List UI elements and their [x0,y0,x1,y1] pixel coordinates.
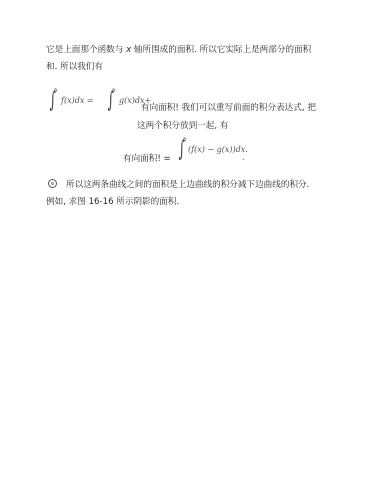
integral-sign: ∫ b a [176,139,187,161]
text: 轴所围成的面积. 所以它实际上是两部分的面积 [131,45,311,55]
target-icon [48,179,57,188]
text: 它是上面那个函数与 [46,45,126,55]
paragraph-1-line-2: 和. 所以我们有 [46,61,103,73]
integral-sign-lhs: ∫ b a [47,90,58,112]
paragraph-2-line-1: 这两个积分放到一起, 有 [137,120,228,132]
equation-2-integrand: (f(x) − g(x))dx. [188,145,248,154]
paragraph-3-line-2: 例如, 求图 16-16 所示阴影的面积. [46,196,179,208]
lhs-integrand: f(x)dx = [61,96,94,105]
equation-2-trailing-dot: . [242,153,245,162]
equation-1-trailing-text: 有向面积! 我们可以重写前面的积分表达式, 把 [141,102,316,114]
paragraph-3-line-1: 所以这两条曲线之间的面积是上边曲线的积分减下边曲线的积分. [66,179,309,191]
paragraph-1-line-1: 它是上面那个函数与 x 轴所围成的面积. 所以它实际上是两部分的面积 [46,44,311,56]
integral-sign-rhs: ∫ b a [105,90,116,112]
equation-2-lhs: 有向面积! = [123,153,171,165]
